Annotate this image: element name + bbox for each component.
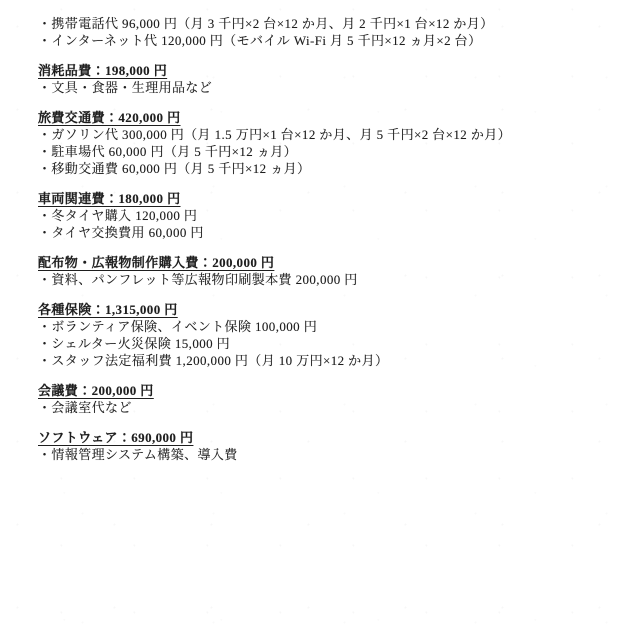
bullet-item: ・駐車場代 60,000 円（月 5 千円×12 ヵ月） <box>38 143 609 160</box>
bullet-item: ・ボランティア保険、イベント保険 100,000 円 <box>38 318 609 335</box>
intro-bullet-list: ・携帯電話代 96,000 円（月 3 千円×2 台×12 か月、月 2 千円×… <box>38 15 609 49</box>
document-content: ・携帯電話代 96,000 円（月 3 千円×2 台×12 か月、月 2 千円×… <box>0 0 627 463</box>
section-heading: 各種保険：1,315,000 円 <box>38 301 609 318</box>
bullet-item: ・冬タイヤ購入 120,000 円 <box>38 207 609 224</box>
expense-section: 会議費：200,000 円・会議室代など <box>38 382 609 416</box>
bullet-item: ・シェルター火災保険 15,000 円 <box>38 335 609 352</box>
section-heading: ソフトウェア：690,000 円 <box>38 429 609 446</box>
section-heading: 消耗品費：198,000 円 <box>38 62 609 79</box>
section-heading: 会議費：200,000 円 <box>38 382 609 399</box>
bullet-item: ・インターネット代 120,000 円（モバイル Wi-Fi 月 5 千円×12… <box>38 32 609 49</box>
expense-section: 配布物・広報物制作購入費：200,000 円・資料、パンフレット等広報物印刷製本… <box>38 254 609 288</box>
bullet-item: ・タイヤ交換費用 60,000 円 <box>38 224 609 241</box>
bullet-item: ・携帯電話代 96,000 円（月 3 千円×2 台×12 か月、月 2 千円×… <box>38 15 609 32</box>
expense-section: 車両関連費：180,000 円・冬タイヤ購入 120,000 円・タイヤ交換費用… <box>38 190 609 241</box>
expense-section: 消耗品費：198,000 円・文具・食器・生理用品など <box>38 62 609 96</box>
bullet-item: ・スタッフ法定福利費 1,200,000 円（月 10 万円×12 か月） <box>38 352 609 369</box>
section-heading: 車両関連費：180,000 円 <box>38 190 609 207</box>
bullet-item: ・資料、パンフレット等広報物印刷製本費 200,000 円 <box>38 271 609 288</box>
bullet-item: ・会議室代など <box>38 399 609 416</box>
bullet-item: ・移動交通費 60,000 円（月 5 千円×12 ヵ月） <box>38 160 609 177</box>
scanned-budget-document-page: ・携帯電話代 96,000 円（月 3 千円×2 台×12 か月、月 2 千円×… <box>0 0 627 627</box>
expense-sections-container: 消耗品費：198,000 円・文具・食器・生理用品など旅費交通費：420,000… <box>38 62 609 463</box>
section-heading: 旅費交通費：420,000 円 <box>38 109 609 126</box>
bullet-item: ・ガソリン代 300,000 円（月 1.5 万円×1 台×12 か月、月 5 … <box>38 126 609 143</box>
expense-section: 各種保険：1,315,000 円・ボランティア保険、イベント保険 100,000… <box>38 301 609 369</box>
expense-section: ソフトウェア：690,000 円・情報管理システム構築、導入費 <box>38 429 609 463</box>
bullet-item: ・文具・食器・生理用品など <box>38 79 609 96</box>
section-heading: 配布物・広報物制作購入費：200,000 円 <box>38 254 609 271</box>
bullet-item: ・情報管理システム構築、導入費 <box>38 446 609 463</box>
expense-section: 旅費交通費：420,000 円・ガソリン代 300,000 円（月 1.5 万円… <box>38 109 609 177</box>
